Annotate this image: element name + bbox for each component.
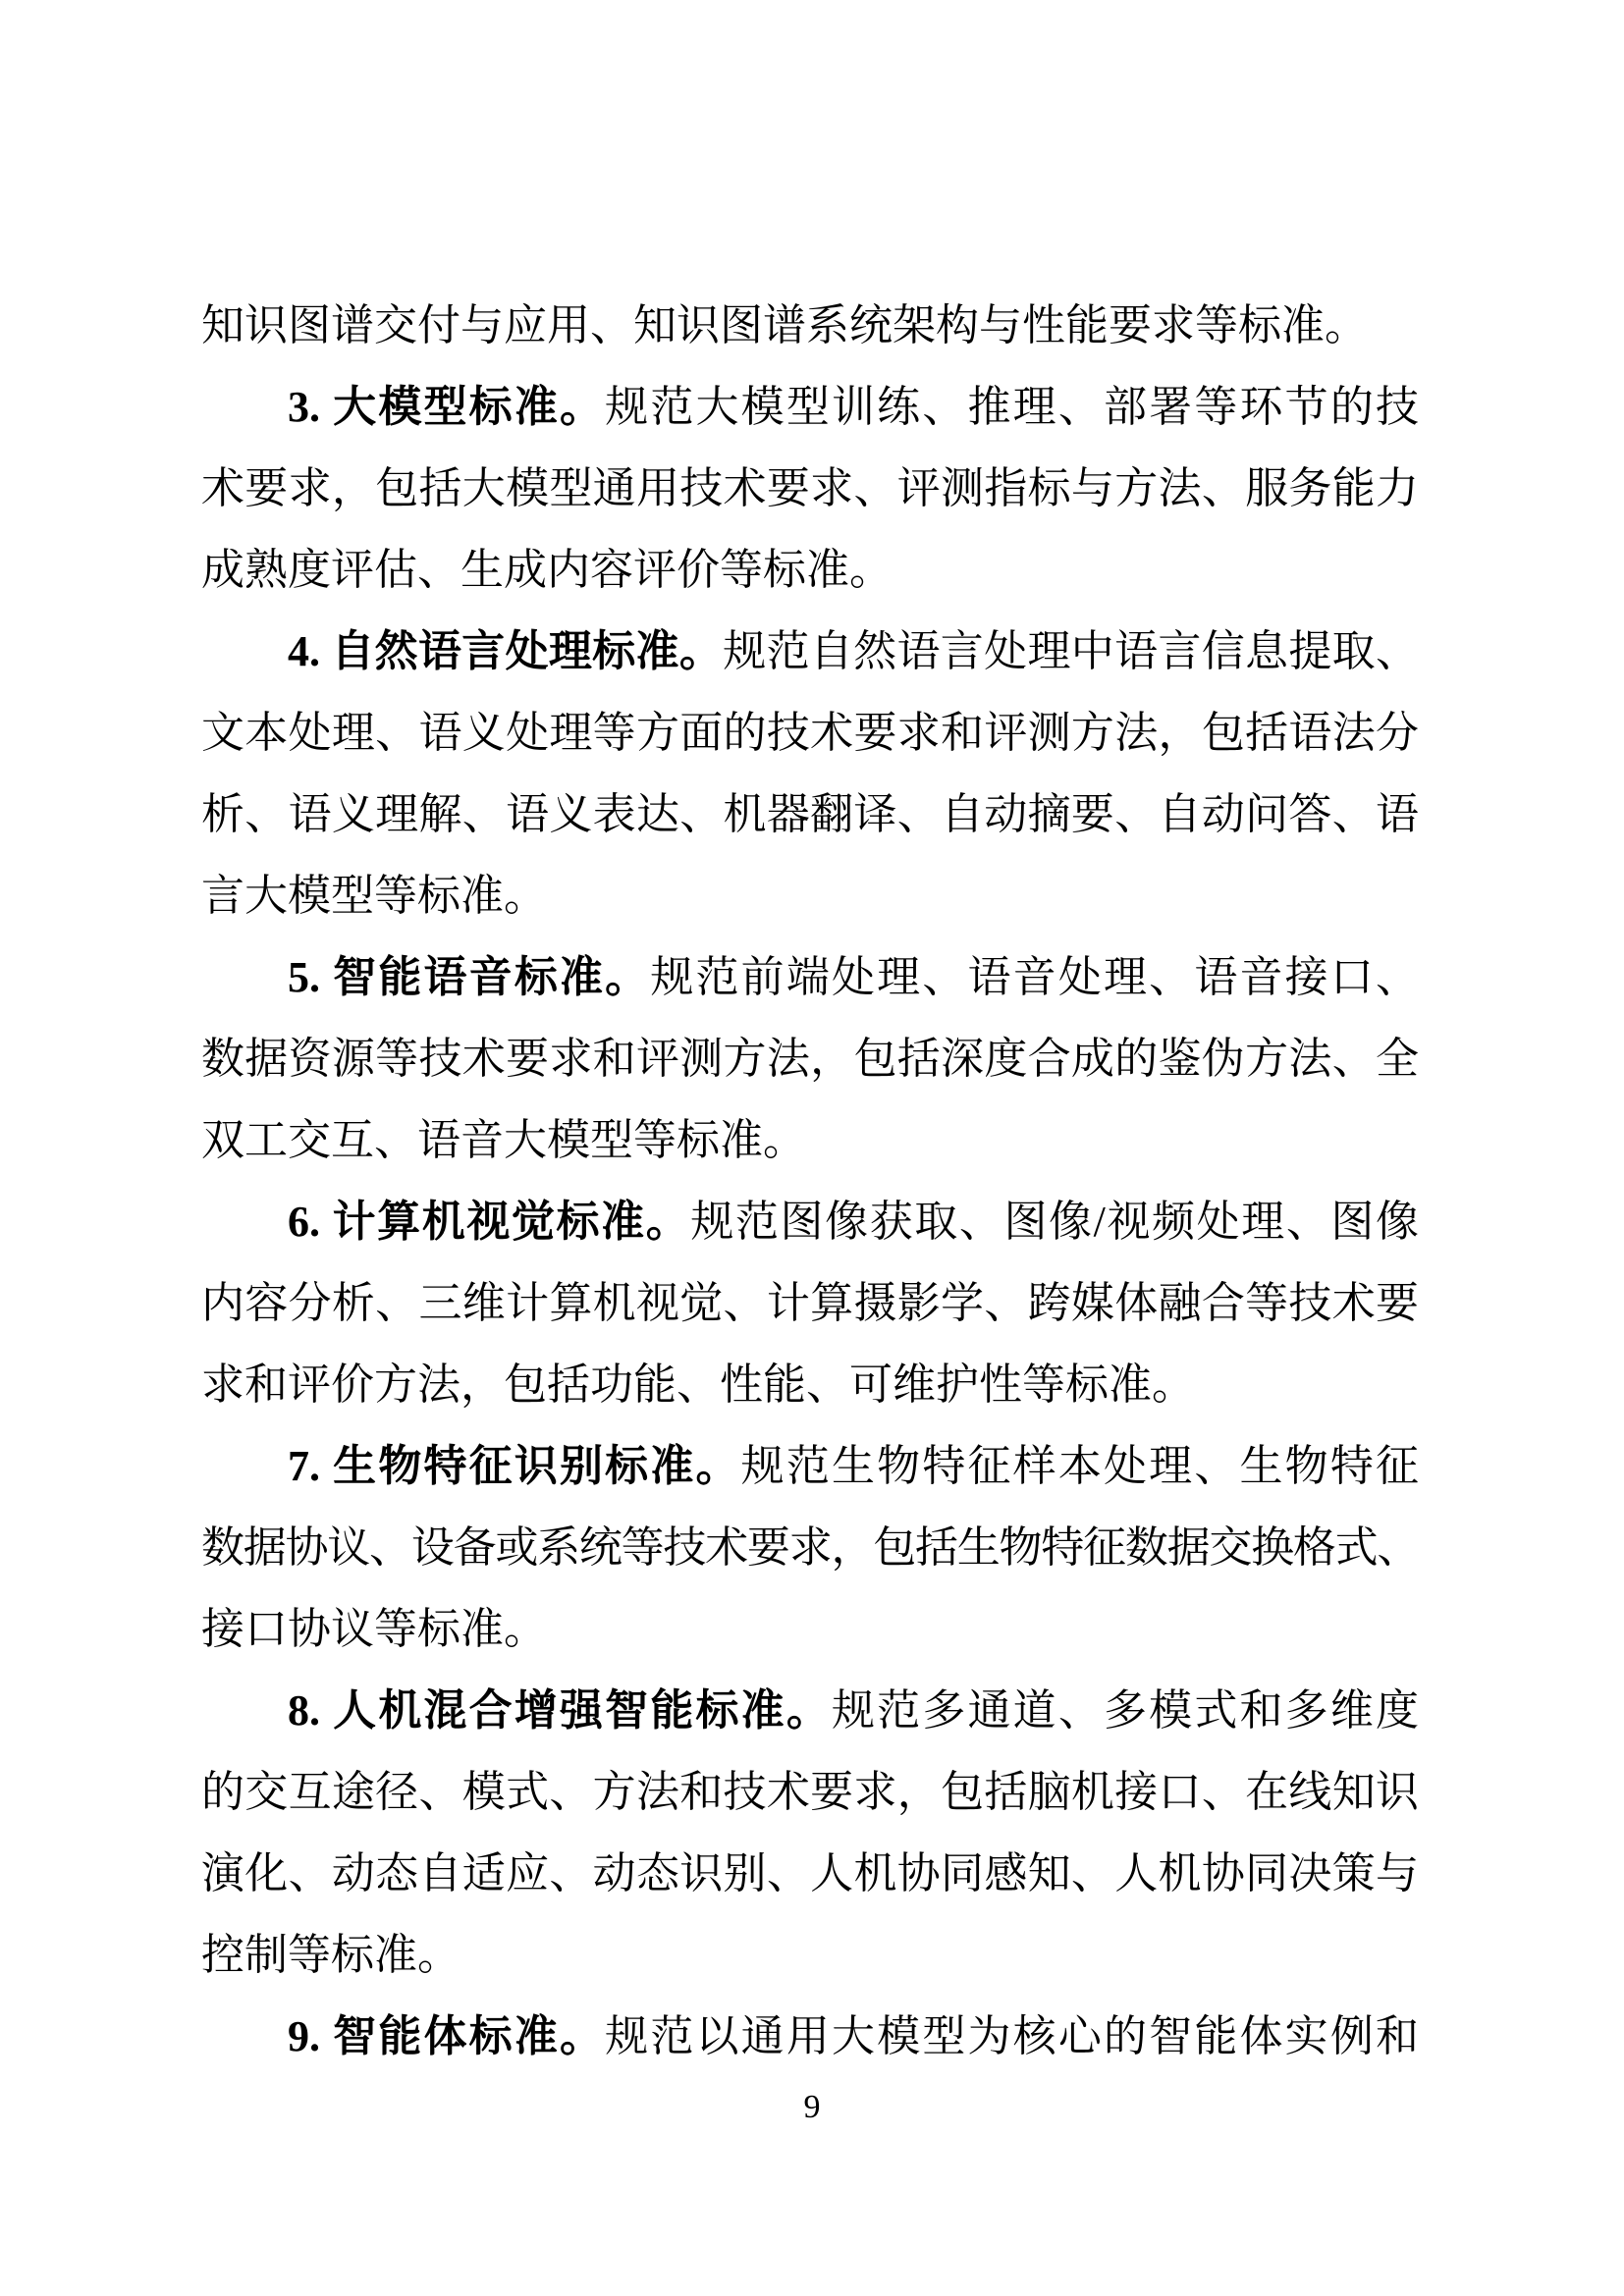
- line-text: 规范生物特征样本处理、生物特征: [741, 1442, 1419, 1490]
- text-line: 控制等标准。: [201, 1914, 1419, 1996]
- paragraph-start-line: 7. 生物特征识别标准。规范生物特征样本处理、生物特征: [201, 1425, 1419, 1507]
- line-text: 规范图像获取、图像/视频处理、图像: [690, 1198, 1419, 1246]
- text-block: 知识图谱交付与应用、知识图谱系统架构与性能要求等标准。3. 大模型标准。规范大模…: [201, 285, 1419, 2077]
- line-text: 求和评价方法，包括功能、性能、可维护性等标准。: [201, 1361, 1195, 1409]
- line-text: 文本处理、语义处理等方面的技术要求和评测方法，包括语法分: [201, 709, 1419, 757]
- text-line: 析、语义理解、语义表达、机器翻译、自动摘要、自动问答、语: [201, 774, 1419, 855]
- line-text: 数据协议、设备或系统等技术要求，包括生物特征数据交换格式、: [201, 1523, 1419, 1572]
- line-text: 知识图谱交付与应用、知识图谱系统架构与性能要求等标准。: [201, 301, 1368, 349]
- line-text: 的交互途径、模式、方法和技术要求，包括脑机接口、在线知识: [201, 1768, 1419, 1816]
- text-line: 数据资源等技术要求和评测方法，包括深度合成的鉴伪方法、全: [201, 1018, 1419, 1099]
- text-line: 的交互途径、模式、方法和技术要求，包括脑机接口、在线知识: [201, 1751, 1419, 1833]
- section-heading: 8. 人机混合增强智能标准。: [288, 1686, 832, 1735]
- text-line: 文本处理、语义处理等方面的技术要求和评测方法，包括语法分: [201, 692, 1419, 774]
- paragraph-start-line: 3. 大模型标准。规范大模型训练、推理、部署等环节的技: [201, 366, 1419, 448]
- line-text: 规范多通道、多模式和多维度: [832, 1686, 1419, 1735]
- section-heading: 5. 智能语音标准。: [288, 953, 650, 1001]
- line-text: 控制等标准。: [201, 1931, 460, 1979]
- line-text: 成熟度评估、生成内容评价等标准。: [201, 546, 893, 594]
- document-page: 知识图谱交付与应用、知识图谱系统架构与性能要求等标准。3. 大模型标准。规范大模…: [0, 0, 1624, 2296]
- line-text: 规范自然语言处理中语言信息提取、: [723, 627, 1419, 675]
- paragraph-start-line: 4. 自然语言处理标准。规范自然语言处理中语言信息提取、: [201, 611, 1419, 692]
- line-text: 内容分析、三维计算机视觉、计算摄影学、跨媒体融合等技术要: [201, 1279, 1419, 1327]
- text-line: 成熟度评估、生成内容评价等标准。: [201, 529, 1419, 611]
- line-text: 规范以通用大模型为核心的智能体实例和: [605, 2012, 1419, 2060]
- text-line: 求和评价方法，包括功能、性能、可维护性等标准。: [201, 1344, 1419, 1425]
- paragraph-start-line: 5. 智能语音标准。规范前端处理、语音处理、语音接口、: [201, 936, 1419, 1018]
- paragraph-start-line: 6. 计算机视觉标准。规范图像获取、图像/视频处理、图像: [201, 1181, 1419, 1262]
- text-line: 数据协议、设备或系统等技术要求，包括生物特征数据交换格式、: [201, 1507, 1419, 1588]
- line-text: 析、语义理解、语义表达、机器翻译、自动摘要、自动问答、语: [201, 790, 1419, 838]
- line-text: 演化、动态自适应、动态识别、人机协同感知、人机协同决策与: [201, 1849, 1419, 1897]
- line-text: 言大模型等标准。: [201, 872, 547, 920]
- section-heading: 3. 大模型标准。: [288, 383, 605, 431]
- section-heading: 9. 智能体标准。: [288, 2012, 605, 2060]
- text-line: 内容分析、三维计算机视觉、计算摄影学、跨媒体融合等技术要: [201, 1262, 1419, 1344]
- page-number: 9: [0, 2085, 1624, 2130]
- text-line: 演化、动态自适应、动态识别、人机协同感知、人机协同决策与: [201, 1833, 1419, 1914]
- line-text: 数据资源等技术要求和评测方法，包括深度合成的鉴伪方法、全: [201, 1035, 1419, 1083]
- text-line: 接口协议等标准。: [201, 1588, 1419, 1670]
- line-text: 规范大模型训练、推理、部署等环节的技: [605, 383, 1419, 431]
- text-line: 术要求，包括大模型通用技术要求、评测指标与方法、服务能力: [201, 448, 1419, 529]
- paragraph-start-line: 8. 人机混合增强智能标准。规范多通道、多模式和多维度: [201, 1670, 1419, 1751]
- line-text: 规范前端处理、语音处理、语音接口、: [650, 953, 1419, 1001]
- section-heading: 7. 生物特征识别标准。: [288, 1442, 741, 1490]
- text-line: 知识图谱交付与应用、知识图谱系统架构与性能要求等标准。: [201, 285, 1419, 366]
- text-line: 言大模型等标准。: [201, 855, 1419, 936]
- paragraph-start-line: 9. 智能体标准。规范以通用大模型为核心的智能体实例和: [201, 1996, 1419, 2077]
- line-text: 接口协议等标准。: [201, 1605, 547, 1653]
- line-text: 术要求，包括大模型通用技术要求、评测指标与方法、服务能力: [201, 464, 1419, 512]
- line-text: 双工交互、语音大模型等标准。: [201, 1116, 806, 1164]
- section-heading: 6. 计算机视觉标准。: [288, 1198, 690, 1246]
- section-heading: 4. 自然语言处理标准。: [288, 627, 723, 675]
- text-line: 双工交互、语音大模型等标准。: [201, 1099, 1419, 1181]
